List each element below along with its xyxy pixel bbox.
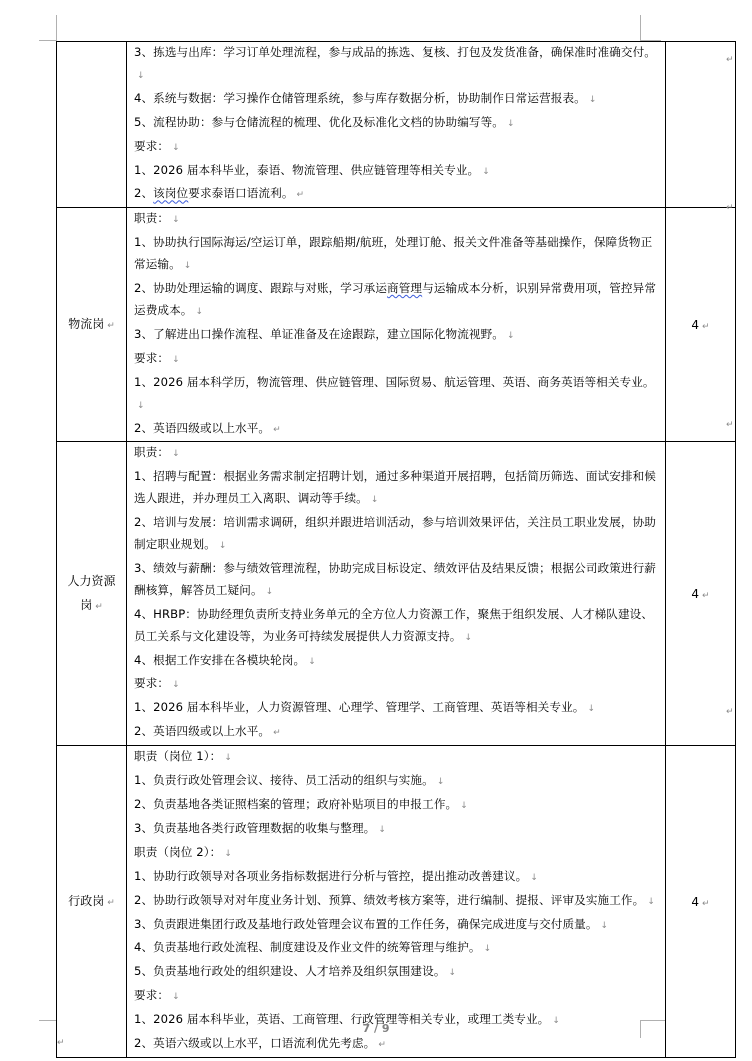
spellcheck-underline: 商管理 <box>387 281 422 295</box>
headcount-cell: 4↵ <box>666 746 736 1058</box>
description-text: 1、2026 届本科学历，物流管理、供应链管理、国际贸易、航运管理、英语、商务英… <box>134 375 655 389</box>
description-line: 1、负责行政处管理会议、接待、员工活动的组织与实施。↓ <box>134 770 661 794</box>
description-line: 1、2026 届本科毕业，泰语、物流管理、供应链管理等相关专业。↓ <box>134 160 661 184</box>
description-line: 3、负责跟进集团行政及基地行政处管理会议布置的工作任务，确保完成进度与交付质量。… <box>134 914 661 938</box>
description-text: 3、拣选与出库：学习订单处理流程，参与成品的拣选、复核、打包及发货准备，确保准时… <box>134 45 656 59</box>
description-text: 职责（岗位 1）： <box>134 749 221 763</box>
description-line: 2、负责基地各类证照档案的管理；政府补贴项目的申报工作。↓ <box>134 794 661 818</box>
job-description-cell: 3、拣选与出库：学习订单处理流程，参与成品的拣选、复核、打包及发货准备，确保准时… <box>127 42 666 208</box>
line-break-mark: ↓ <box>530 873 538 883</box>
paragraph-mark: ↵ <box>273 728 281 738</box>
description-text: 5、流程协助：参与仓储流程的梳理、优化及标准化文档的协助编写等。 <box>134 115 504 129</box>
table-row: 行政岗↵职责（岗位 1）：↓1、负责行政处管理会议、接待、员工活动的组织与实施。… <box>57 746 736 1058</box>
description-text: 要求： <box>134 988 169 1002</box>
description-line: 1、协助执行国际海运/空运订单，跟踪船期/航班，处理订舱、报关文件准备等基础操作… <box>134 232 661 278</box>
headcount-value: 4 <box>691 587 699 601</box>
description-line: 5、负责基地行政处的组织建设、人才培养及组织氛围建设。↓ <box>134 961 661 985</box>
description-line: 2、协助行政领导对对年度业务计划、预算、绩效考核方案等，进行编制、提报、评审及实… <box>134 890 661 914</box>
paragraph-mark: ↵ <box>702 322 710 332</box>
description-text: 1、2026 届本科毕业，人力资源管理、心理学、管理学、工商管理、英语等相关专业… <box>134 700 584 714</box>
line-break-mark: ↓ <box>224 753 232 763</box>
spellcheck-underline: 该岗位 <box>153 186 188 200</box>
line-break-mark: ↓ <box>437 777 445 787</box>
crop-mark-top-left <box>39 15 57 41</box>
description-text: 2、协助行政领导对对年度业务计划、预算、绩效考核方案等，进行编制、提报、评审及实… <box>134 893 644 907</box>
position-name: 人力资源岗 <box>67 574 115 612</box>
line-break-mark: ↓ <box>507 331 515 341</box>
position-name-cell: 行政岗↵ <box>57 746 127 1058</box>
page-number: 7 / 9 <box>0 1022 752 1035</box>
description-text: 1、协助执行国际海运/空运订单，跟踪船期/航班，处理订舱、报关文件准备等基础操作… <box>134 235 652 271</box>
description-line: 1、招聘与配置：根据业务需求制定招聘计划，通过多种渠道开展招聘，包括简历筛选、面… <box>134 466 661 512</box>
line-break-mark: ↓ <box>449 968 457 978</box>
description-text: 5、负责基地行政处的组织建设、人才培养及组织氛围建设。 <box>134 964 446 978</box>
line-break-mark: ↓ <box>172 215 180 225</box>
description-text: 1、协助行政领导对各项业务指标数据进行分析与管控，提出推动改善建议。 <box>134 869 527 883</box>
paragraph-mark: ↵ <box>378 1040 386 1050</box>
description-text: 1、2026 届本科毕业，泰语、物流管理、供应链管理等相关专业。 <box>134 163 479 177</box>
description-line: 要求：↓ <box>134 348 661 372</box>
description-text: 3、负责跟进集团行政及基地行政处管理会议布置的工作任务，确保完成进度与交付质量。 <box>134 917 598 931</box>
line-break-mark: ↓ <box>172 355 180 365</box>
row-end-mark: ↵ <box>726 420 734 430</box>
table-row: 物流岗↵职责：↓1、协助执行国际海运/空运订单，跟踪船期/航班，处理订舱、报关文… <box>57 208 736 442</box>
row-end-mark: ↵ <box>726 55 734 65</box>
description-line: 2、英语四级或以上水平。↵ <box>134 418 661 442</box>
line-break-mark: ↓ <box>172 680 180 690</box>
line-break-mark: ↓ <box>308 657 316 667</box>
description-text: 要求： <box>134 676 169 690</box>
description-line: 4、根据工作安排在各模块轮岗。↓ <box>134 650 661 674</box>
headcount-cell: 4↵ <box>666 208 736 442</box>
line-break-mark: ↓ <box>484 944 492 954</box>
job-description-cell: 职责：↓1、协助执行国际海运/空运订单，跟踪船期/航班，处理订舱、报关文件准备等… <box>127 208 666 442</box>
description-line: 2、协助处理运输的调度、跟踪与对账，学习承运商管理与运输成本分析，识别异常费用项… <box>134 278 661 324</box>
line-break-mark: ↓ <box>219 541 227 551</box>
description-text: 2、负责基地各类证照档案的管理；政府补贴项目的申报工作。 <box>134 797 457 811</box>
description-text: 4、根据工作安排在各模块轮岗。 <box>134 653 305 667</box>
description-line: 2、该岗位要求泰语口语流利。↵ <box>134 183 661 207</box>
paragraph-mark: ↵ <box>273 425 281 435</box>
description-text: 2、该岗位要求泰语口语流利。 <box>134 186 294 200</box>
description-text: 4、负责基地行政处流程、制度建设及作业文件的统筹管理与维护。 <box>134 940 481 954</box>
description-line: 4、负责基地行政处流程、制度建设及作业文件的统筹管理与维护。↓ <box>134 937 661 961</box>
description-line: 1、2026 届本科毕业，人力资源管理、心理学、管理学、工商管理、英语等相关专业… <box>134 697 661 721</box>
description-text: 3、了解进出口操作流程、单证准备及在途跟踪，建立国际化物流视野。 <box>134 327 504 341</box>
line-break-mark: ↓ <box>172 449 180 459</box>
description-line: 职责：↓ <box>134 442 661 466</box>
line-break-mark: ↓ <box>378 825 386 835</box>
paragraph-mark: ↵ <box>297 190 305 200</box>
line-break-mark: ↓ <box>371 495 379 505</box>
description-line: 2、培训与发展：培训需求调研，组织并跟进培训活动，参与培训效果评估，关注员工职业… <box>134 512 661 558</box>
line-break-mark: ↓ <box>647 897 655 907</box>
line-break-mark: ↓ <box>224 849 232 859</box>
line-break-mark: ↓ <box>184 261 192 271</box>
description-text: 2、培训与发展：培训需求调研，组织并跟进培训活动，参与培训效果评估，关注员工职业… <box>134 515 656 551</box>
position-name-cell: 人力资源岗↵ <box>57 442 127 746</box>
line-break-mark: ↓ <box>137 71 145 81</box>
position-name: 行政岗 <box>68 894 104 908</box>
line-break-mark: ↓ <box>507 119 515 129</box>
line-break-mark: ↓ <box>266 587 274 597</box>
headcount-value: 4 <box>691 318 699 332</box>
line-break-mark: ↓ <box>601 921 609 931</box>
row-end-mark: ↵ <box>726 707 734 717</box>
line-break-mark: ↓ <box>172 143 180 153</box>
headcount-cell <box>666 42 736 208</box>
description-line: 4、HRBP：协助经理负责所支持业务单元的全方位人力资源工作，聚焦于组织发展、人… <box>134 604 661 650</box>
line-break-mark: ↓ <box>464 633 472 643</box>
document-page: 3、拣选与出库：学习订单处理流程，参与成品的拣选、复核、打包及发货准备，确保准时… <box>0 0 752 1061</box>
headcount-cell: 4↵ <box>666 442 736 746</box>
line-break-mark: ↓ <box>137 401 145 411</box>
table-row: 人力资源岗↵职责：↓1、招聘与配置：根据业务需求制定招聘计划，通过多种渠道开展招… <box>57 442 736 746</box>
job-positions-table: 3、拣选与出库：学习订单处理流程，参与成品的拣选、复核、打包及发货准备，确保准时… <box>56 41 736 1058</box>
description-text: 1、招聘与配置：根据业务需求制定招聘计划，通过多种渠道开展招聘，包括简历筛选、面… <box>134 469 656 505</box>
description-line: 2、英语四级或以上水平。↵ <box>134 721 661 745</box>
position-name-cell: 物流岗↵ <box>57 208 127 442</box>
description-line: 1、协助行政领导对各项业务指标数据进行分析与管控，提出推动改善建议。↓ <box>134 866 661 890</box>
description-text: 2、英语六级或以上水平，口语流利优先考虑。 <box>134 1036 375 1050</box>
table-row: 3、拣选与出库：学习订单处理流程，参与成品的拣选、复核、打包及发货准备，确保准时… <box>57 42 736 208</box>
description-line: 5、流程协助：参与仓储流程的梳理、优化及标准化文档的协助编写等。↓ <box>134 112 661 136</box>
description-text: 要求： <box>134 351 169 365</box>
description-line: 职责：↓ <box>134 208 661 232</box>
paragraph-mark: ↵ <box>107 898 115 908</box>
description-line: 3、绩效与薪酬：参与绩效管理流程，协助完成目标设定、绩效评估及结果反馈；根据公司… <box>134 558 661 604</box>
position-name: 物流岗 <box>68 317 104 331</box>
position-name-cell <box>57 42 127 208</box>
line-break-mark: ↓ <box>587 704 595 714</box>
line-break-mark: ↓ <box>172 992 180 1002</box>
paragraph-mark: ↵ <box>702 899 710 909</box>
description-text: 2、协助处理运输的调度、跟踪与对账，学习承运商管理与运输成本分析，识别异常费用项… <box>134 281 656 317</box>
description-text: 要求： <box>134 139 169 153</box>
line-break-mark: ↓ <box>195 307 203 317</box>
paragraph-mark: ↵ <box>702 591 710 601</box>
description-text: 职责： <box>134 211 169 225</box>
paragraph-mark: ↵ <box>57 1038 65 1048</box>
paragraph-mark: ↵ <box>95 602 103 612</box>
description-line: 3、了解进出口操作流程、单证准备及在途跟踪，建立国际化物流视野。↓ <box>134 324 661 348</box>
headcount-value: 4 <box>691 895 699 909</box>
line-break-mark: ↓ <box>589 95 597 105</box>
description-line: 1、2026 届本科学历，物流管理、供应链管理、国际贸易、航运管理、英语、商务英… <box>134 372 661 418</box>
job-description-cell: 职责（岗位 1）：↓1、负责行政处管理会议、接待、员工活动的组织与实施。↓2、负… <box>127 746 666 1058</box>
description-text: 1、负责行政处管理会议、接待、员工活动的组织与实施。 <box>134 773 434 787</box>
description-line: 要求：↓ <box>134 136 661 160</box>
description-line: 要求：↓ <box>134 985 661 1009</box>
description-line: 职责（岗位 1）：↓ <box>134 746 661 770</box>
row-end-mark: ↵ <box>726 203 734 213</box>
description-text: 4、HRBP：协助经理负责所支持业务单元的全方位人力资源工作，聚焦于组织发展、人… <box>134 607 653 643</box>
description-line: 要求：↓ <box>134 673 661 697</box>
description-text: 职责： <box>134 445 169 459</box>
description-text: 2、英语四级或以上水平。 <box>134 421 270 435</box>
description-line: 2、英语六级或以上水平，口语流利优先考虑。↵ <box>134 1033 661 1057</box>
paragraph-mark: ↵ <box>107 321 115 331</box>
description-text: 4、系统与数据：学习操作仓储管理系统，参与库存数据分析，协助制作日常运营报表。 <box>134 91 586 105</box>
description-line: 职责（岗位 2）：↓ <box>134 842 661 866</box>
description-text: 3、绩效与薪酬：参与绩效管理流程，协助完成目标设定、绩效评估及结果反馈；根据公司… <box>134 561 656 597</box>
description-line: 3、负责基地各类行政管理数据的收集与整理。↓ <box>134 818 661 842</box>
description-line: 3、拣选与出库：学习订单处理流程，参与成品的拣选、复核、打包及发货准备，确保准时… <box>134 42 661 88</box>
line-break-mark: ↓ <box>482 167 490 177</box>
line-break-mark: ↓ <box>460 801 468 811</box>
description-text: 2、英语四级或以上水平。 <box>134 724 270 738</box>
job-description-cell: 职责：↓1、招聘与配置：根据业务需求制定招聘计划，通过多种渠道开展招聘，包括简历… <box>127 442 666 746</box>
description-text: 3、负责基地各类行政管理数据的收集与整理。 <box>134 821 375 835</box>
description-text: 职责（岗位 2）： <box>134 845 221 859</box>
crop-mark-top-right <box>640 15 661 41</box>
description-line: 4、系统与数据：学习操作仓储管理系统，参与库存数据分析，协助制作日常运营报表。↓ <box>134 88 661 112</box>
